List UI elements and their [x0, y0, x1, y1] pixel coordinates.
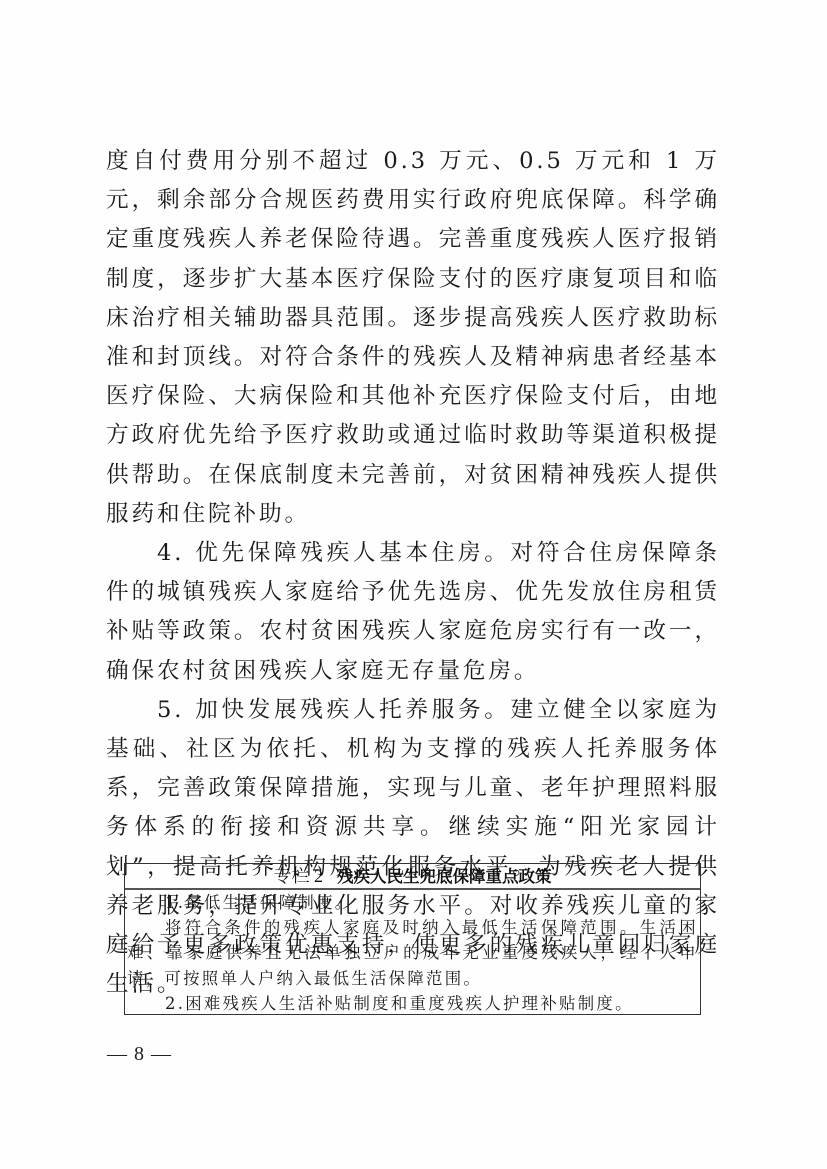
document-page: 度自付费用分别不超过 0.3 万元、0.5 万元和 1 万元，剩余部分合规医药费…	[0, 0, 827, 1169]
sidebar-box-label: 专栏 2	[274, 866, 324, 886]
paragraph-continued: 度自付费用分别不超过 0.3 万元、0.5 万元和 1 万元，剩余部分合规医药费…	[106, 142, 720, 534]
paragraph-item-4-housing: 4. 优先保障残疾人基本住房。对符合住房保障条件的城镇残疾人家庭给予优先选房、优…	[106, 534, 720, 691]
page-number: — 8 —	[107, 1043, 172, 1066]
sidebar-box-item-text-1: 将符合条件的残疾人家庭及时纳入最低生活保障范围。生活困难、靠家庭供养且无法单独立…	[127, 915, 698, 991]
sidebar-box-item-heading-2: 2.困难残疾人生活补贴制度和重度残疾人护理补贴制度。	[127, 991, 698, 1016]
sidebar-box-column-2: 专栏 2残疾人民生兜底保障重点政策 1.最低生活保障制度。 将符合条件的残疾人家…	[124, 863, 701, 1015]
sidebar-box-body: 1.最低生活保障制度。 将符合条件的残疾人家庭及时纳入最低生活保障范围。生活困难…	[125, 890, 700, 1016]
sidebar-box-title: 残疾人民生兜底保障重点政策	[337, 867, 552, 886]
sidebar-box-header: 专栏 2残疾人民生兜底保障重点政策	[125, 864, 700, 890]
sidebar-box-item-heading-1: 1.最低生活保障制度。	[127, 890, 698, 915]
